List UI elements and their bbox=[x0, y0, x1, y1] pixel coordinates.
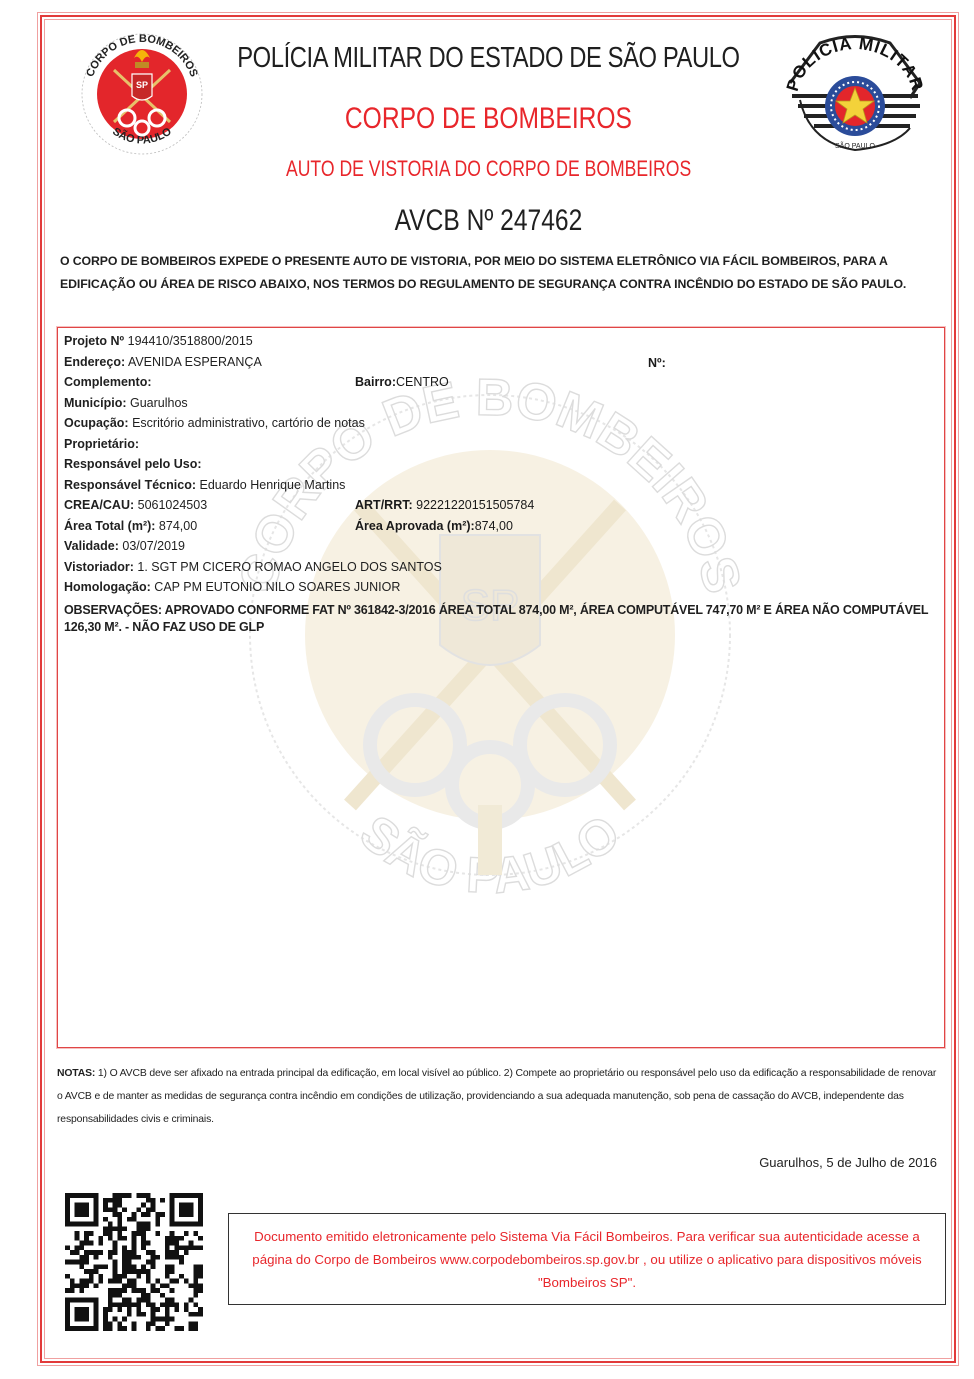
field-proprietario: Proprietário: bbox=[64, 437, 139, 451]
field-art-rrt: ART/RRT: 92221220151505784 bbox=[355, 498, 534, 512]
field-responsavel-uso: Responsável pelo Uso: bbox=[64, 457, 202, 471]
field-homologacao: Homologação: CAP PM EUTONIO NILO SOARES … bbox=[64, 580, 400, 594]
field-complemento: Complemento: bbox=[64, 375, 152, 389]
details-box bbox=[57, 327, 945, 1048]
field-projeto: Projeto Nº 194410/3518800/2015 bbox=[64, 334, 253, 348]
document-type-title: AUTO DE VISTORIA DO CORPO DE BOMBEIROS bbox=[99, 156, 878, 182]
field-area-aprovada: Área Aprovada (m²):874,00 bbox=[355, 519, 513, 533]
verification-box: Documento emitido eletronicamente pelo S… bbox=[228, 1213, 946, 1305]
field-area-total: Área Total (m²): 874,00 bbox=[64, 519, 197, 533]
field-ocupacao: Ocupação: Escritório administrativo, car… bbox=[64, 416, 365, 430]
org-title: POLÍCIA MILITAR DO ESTADO DE SÃO PAULO bbox=[89, 42, 888, 75]
place-and-date: Guarulhos, 5 de Julho de 2016 bbox=[759, 1155, 937, 1170]
svg-text:SP: SP bbox=[136, 80, 148, 90]
field-bairro: Bairro:CENTRO bbox=[355, 375, 449, 389]
field-validade: Validade: 03/07/2019 bbox=[64, 539, 185, 553]
qr-code-icon bbox=[65, 1193, 203, 1331]
field-vistoriador: Vistoriador: 1. SGT PM CICERO ROMAO ANGE… bbox=[64, 560, 442, 574]
avcb-number: AVCB Nº 247462 bbox=[89, 204, 888, 238]
field-observacoes: OBSERVAÇÕES: APROVADO CONFORME FAT Nº 36… bbox=[64, 602, 944, 636]
dept-title: CORPO DE BOMBEIROS bbox=[89, 102, 888, 136]
field-numero: Nº: bbox=[648, 356, 666, 370]
intro-paragraph: O CORPO DE BOMBEIROS EXPEDE O PRESENTE A… bbox=[60, 250, 940, 296]
field-endereco: Endereço: AVENIDA ESPERANÇA bbox=[64, 355, 262, 369]
field-crea-cau: CREA/CAU: 5061024503 bbox=[64, 498, 207, 512]
field-responsavel-tecnico: Responsável Técnico: Eduardo Henrique Ma… bbox=[64, 478, 345, 492]
verification-text: Documento emitido eletronicamente pelo S… bbox=[242, 1225, 932, 1294]
notes-paragraph: NOTAS: 1) O AVCB deve ser afixado na ent… bbox=[57, 1062, 942, 1131]
svg-text:SÃO PAULO: SÃO PAULO bbox=[835, 141, 875, 150]
field-municipio: Município: Guarulhos bbox=[64, 396, 188, 410]
